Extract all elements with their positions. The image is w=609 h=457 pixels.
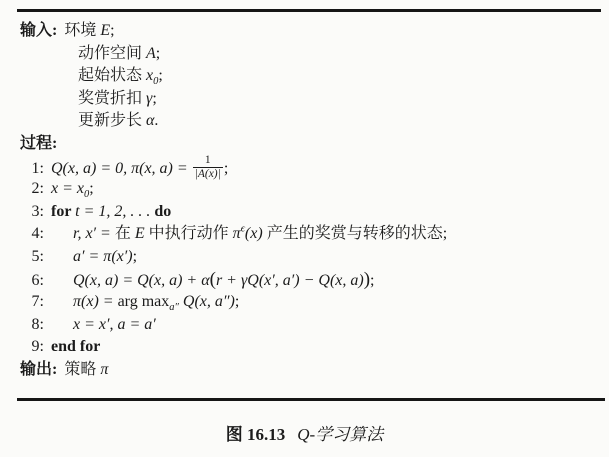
figure-caption: 图 16.13Q-学习算法 [0,420,609,445]
input-line-2: 动作空间 A; [78,45,160,62]
input-label: 输入: [20,22,57,39]
step-body: r, x′ = 在 E 中执行动作 πϵ(x) 产生的奖赏与转移的状态; [51,225,447,242]
step-body: x = x0; [51,180,94,197]
input-row: 输入:环境 E; [0,20,609,43]
bottom-rule [17,398,605,401]
step-row-7: 7:π(x) = arg maxa″ Q(x, a″); [0,291,609,314]
step-row-6: 6:Q(x, a) = Q(x, a) + α(r + γQ(x′, a′) −… [0,269,609,292]
input-line-4: 奖赏折扣 γ; [78,90,157,107]
step-body: a′ = π(x′); [51,248,137,265]
input-row: 起始状态 x0; [0,65,609,88]
input-line-5: 更新步长 α. [78,112,158,129]
step-number: 3: [0,201,44,224]
step-body: for t = 1, 2, . . . do [51,203,171,220]
step-body: Q(x, a) = 0, π(x, a) = 1|A(x)|; [51,160,228,177]
output-label: 输出: [20,361,57,378]
algorithm-body: 输入:环境 E; 动作空间 A; 起始状态 x0; 奖赏折扣 γ; 更新步长 α… [0,20,609,382]
step-row-1: 1:Q(x, a) = 0, π(x, a) = 1|A(x)|; [0,156,609,179]
input-row: 动作空间 A; [0,43,609,66]
step-number: 9: [0,336,44,359]
step-number: 8: [0,314,44,337]
process-label: 过程: [20,135,57,152]
step-row-5: 5:a′ = π(x′); [0,246,609,269]
step-row-3: 3:for t = 1, 2, . . . do [0,201,609,224]
step-body: π(x) = arg maxa″ Q(x, a″); [51,293,239,310]
step-body: end for [51,338,100,355]
output-line: 策略 π [64,361,108,378]
top-rule [17,9,601,12]
figure-title: Q-学习算法 [297,425,383,444]
step-row-4: 4:r, x′ = 在 E 中执行动作 πϵ(x) 产生的奖赏与转移的状态; [0,223,609,246]
step-body: x = x′, a = a′ [51,316,156,333]
step-number: 7: [0,291,44,314]
step-number: 4: [0,223,44,246]
input-line-1: 环境 E; [64,22,114,39]
output-row: 输出:策略 π [0,359,609,382]
step-row-2: 2:x = x0; [0,178,609,201]
input-line-3: 起始状态 x0; [78,67,163,84]
step-number: 5: [0,246,44,269]
figure-number: 图 16.13 [226,425,286,444]
step-body: Q(x, a) = Q(x, a) + α(r + γQ(x′, a′) − Q… [51,272,374,289]
input-row: 奖赏折扣 γ; [0,88,609,111]
process-row: 过程: [0,133,609,156]
step-row-9: 9:end for [0,336,609,359]
step-row-8: 8:x = x′, a = a′ [0,314,609,337]
algorithm-figure-page: 输入:环境 E; 动作空间 A; 起始状态 x0; 奖赏折扣 γ; 更新步长 α… [0,0,609,457]
step-number: 6: [0,270,44,293]
step-number: 2: [0,178,44,201]
input-row: 更新步长 α. [0,110,609,133]
